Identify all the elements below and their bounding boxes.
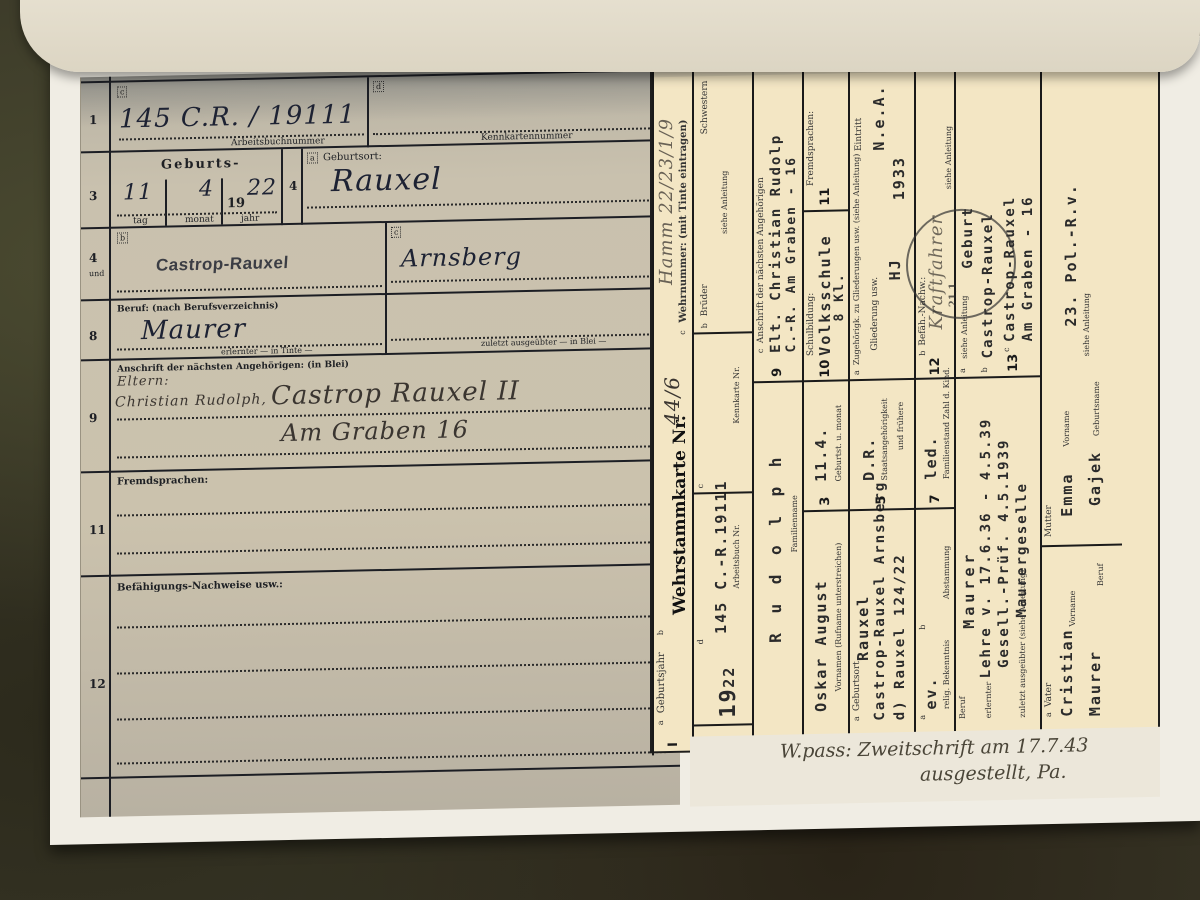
wohnsitz-b-tag: b: [980, 367, 989, 372]
geburtsort-line3: d) Rauxel 124/22: [892, 553, 908, 720]
band-birthplace: 4 a Geburtsort Rauxel Castrop-Rauxel Arn…: [848, 50, 914, 751]
zugehoerigkeit-label: Zugehörigk. zu Gliederungen usw. (siehe …: [852, 154, 861, 366]
vorname-value: Oskar August: [812, 579, 830, 712]
vater-vorname-label: Vorname: [1068, 591, 1077, 627]
divider: [850, 378, 916, 381]
parent-place: Castrop Rauxel II: [271, 376, 520, 411]
band-occupation: 8 Beruf Maurer erlernter Lehre v. 17.6.3…: [954, 47, 1040, 749]
wehrstammkarte-number: 44/6: [660, 376, 684, 425]
field-tag: a: [307, 152, 318, 163]
befaehigung-label: Befähigungs-Nachweise usw.:: [117, 579, 283, 593]
row-12-qualifications: 12 Befähigungs-Nachweise usw.:: [81, 563, 680, 776]
angehoerige-line2: C.-R. Am Graben - 16: [784, 156, 799, 353]
row-number: 3: [89, 189, 97, 203]
band-birthyear: 1 19 22 d 145 C.-R.19111 Arbeitsbuch Nr.…: [692, 53, 752, 754]
geburtsjahr-prefix: 19: [716, 687, 741, 718]
row-number: 9: [770, 368, 785, 377]
wohnsitz-tag: a: [958, 368, 967, 373]
geburtstag-label: Geburtst. u. monat: [834, 405, 843, 482]
kinder-label: Zahl d. Kind.: [942, 367, 951, 419]
tag-label: tag: [133, 216, 148, 226]
divider: [754, 380, 804, 383]
eltern-text: Eltern:: [117, 373, 170, 389]
wehrnummer-label: Wehrnummer: (mit Tinte eintragen): [678, 119, 689, 322]
wohnsitz-street: Am Graben - 16: [1020, 195, 1036, 341]
geburtsjahr-tag: a: [656, 720, 665, 725]
vater-label: Vater: [1044, 683, 1054, 708]
dotted-line: [307, 199, 673, 209]
dotted-line: [117, 615, 673, 629]
mutter-label: Mutter: [1044, 505, 1054, 537]
mutter-geburtsname: Gajek: [1086, 451, 1104, 507]
field-tag: b: [117, 232, 128, 243]
note-line-2: ausgestellt, Pa.: [920, 761, 1067, 786]
vorname-label: Vornamen (Rufname unterstreichen): [834, 543, 843, 692]
religion-label: relig. Bekenntnis: [942, 640, 951, 710]
handwritten-note-area: W.pass: Zweitschrift am 17.7.43 ausgeste…: [690, 727, 1160, 807]
mutter-geburtsname-label: Geburtsname: [1092, 381, 1101, 436]
band-parents: 9 a Vater Cristian Vorname Maurer Beruf …: [1040, 45, 1140, 747]
row-4-district: 4 und b Castrop-Rauxel c Arnsberg: [81, 215, 680, 300]
staatsang-sub: und frühere: [896, 402, 905, 451]
mutter-vorname-label: Vorname: [1062, 411, 1071, 447]
birth-month: 4: [199, 177, 214, 202]
geburtsort-label: Geburtsort:: [323, 151, 382, 163]
row-number: 9: [89, 411, 97, 425]
dotted-line: [117, 751, 673, 765]
geschwister-tag: b: [700, 323, 709, 328]
siehe-anleitung: siehe Anleitung: [944, 126, 953, 189]
divider: [221, 178, 223, 224]
eintritt-extra: N.e.A.: [870, 84, 888, 151]
siehe-anleitung: siehe Anleitung: [720, 171, 729, 234]
divider: [367, 77, 369, 147]
gliederung-label: Gliederung usw.: [870, 277, 880, 351]
stamp-date: 21.1: [948, 283, 959, 308]
row-number: 12: [89, 677, 106, 691]
familienstand-value: led.: [922, 435, 940, 480]
arbeitsbuch-number-value: 145 C.R. / 19111: [119, 100, 356, 135]
familienname-value: R u d o l p h: [766, 452, 785, 643]
row-number: 10: [818, 360, 833, 378]
religion-value: ev.: [922, 676, 940, 709]
mutter-value: Emma: [1058, 472, 1076, 517]
document-book: 1 c 145 C.R. / 19111 Arbeitsbuchnummer d…: [50, 36, 1200, 845]
vater-beruf-label: Beruf: [1096, 563, 1105, 586]
field-tag: c: [117, 86, 127, 97]
zuletzt-label: zuletzt ausgeübter — in Blei —: [481, 336, 606, 348]
land-value: Arnsberg: [401, 242, 522, 273]
rotated-content: I a Geburtsjahr b Wehrstammkarte Nr. 44/…: [652, 45, 1162, 756]
gesell-value: Gesell.-Prüf. 4.5.1939: [996, 438, 1012, 668]
eintritt-value: 1933: [890, 156, 908, 201]
siehe-anleitung: siehe Anleitung: [1082, 293, 1091, 356]
zugehoerigkeit-tag: a: [852, 370, 861, 375]
fremdsprachen-label: Fremdsprachen:: [806, 111, 816, 186]
kennkarte-tag: c: [696, 484, 705, 489]
monat-label: monat: [185, 215, 214, 226]
dotted-line: [117, 707, 673, 721]
official-stamp: 21.1: [906, 208, 1016, 320]
divider: [165, 180, 167, 226]
befaehigung-tag: b: [918, 351, 927, 356]
geburtsort-tag: a: [852, 716, 861, 721]
arbeitsbuch-tag: d: [696, 639, 705, 644]
arbeitsbuch-form: 1 c 145 C.R. / 19111 Arbeitsbuchnummer d…: [80, 65, 680, 818]
fremdsprachen-label: Fremdsprachen:: [117, 475, 208, 488]
birth-year-suffix: 22: [247, 175, 277, 201]
turned-page-curl: [20, 0, 1200, 72]
geburtsjahr-label: Geburtsjahr: [656, 652, 667, 713]
angehoerige-label: Anschrift der nächsten Angehörigen: (in …: [117, 360, 349, 375]
geburtstag-value: 11.4.: [812, 427, 830, 483]
dotted-line: [117, 285, 382, 293]
row-number: 1: [89, 113, 97, 127]
divider: [956, 375, 1042, 379]
divider: [804, 379, 850, 382]
wohnsitz-c-tag: c: [1002, 347, 1011, 352]
row-1: 1 c 145 C.R. / 19111 Arbeitsbuchnummer d…: [81, 69, 680, 152]
band-firstname: 2 Oskar August Vornamen (Rufname unterst…: [802, 51, 848, 752]
brueder-label: Brüder: [700, 284, 710, 316]
dotted-line: [391, 275, 673, 283]
divider: [804, 509, 850, 512]
band-surname: 1 R u d o l p h Familienname 9 c Anschri…: [752, 52, 802, 753]
schulbildung-line2: 8 Kl.: [832, 272, 847, 321]
row-number: 11: [818, 188, 833, 206]
row-11-languages: 11 Fremdsprachen:: [81, 459, 680, 576]
eintritt-label: Eintritt: [854, 118, 864, 151]
parent-name: Christian Rudolph,: [115, 391, 267, 410]
gliederung-value: HJ: [886, 258, 904, 280]
row-number: 12: [928, 357, 943, 375]
wehrstammkarte-title: Wehrstammkarte Nr.: [670, 415, 690, 615]
abstammung-label: Abstammung: [942, 546, 951, 600]
band-wehrnummer: I a Geburtsjahr b Wehrstammkarte Nr. 44/…: [652, 55, 692, 756]
geburtsjahr-value: 22: [720, 666, 738, 688]
divider: [694, 331, 754, 334]
wehrnummer-value: Hamm 22/23/1/9: [656, 118, 677, 286]
abstammung-tag: b: [918, 625, 927, 630]
familienname-label: Familienname: [790, 495, 799, 552]
row-number: 3: [818, 497, 833, 506]
arbeitsbuch-value: 145 C.-R.19111: [712, 479, 730, 634]
note-line-1: W.pass: Zweitschrift am 17.7.43: [780, 734, 1089, 762]
jahr-label: jahr: [241, 214, 259, 224]
row-number: 7: [928, 494, 943, 503]
divider: [1042, 544, 1122, 548]
divider: [804, 209, 850, 212]
divider: [385, 223, 387, 295]
dotted-line: [117, 503, 673, 517]
divider: [916, 507, 956, 510]
row-number: 11: [89, 523, 106, 537]
angehoerige-tag: c: [756, 349, 765, 354]
geburtsort-value: Rauxel: [854, 595, 872, 662]
field-tag: c: [391, 227, 401, 238]
row-number: 8: [89, 329, 97, 343]
geburts-label: Geburts-: [161, 156, 240, 173]
schwestern-label: Schwestern: [700, 80, 710, 134]
dotted-line: [117, 661, 673, 675]
familienstand-label: Familienstand: [942, 422, 951, 479]
wehrnummer-tag: c: [678, 330, 687, 335]
zuletzt-value: Maurergeselle: [1014, 482, 1030, 618]
beruf-label: Beruf: [958, 696, 967, 719]
beruf-label: Beruf: (nach Berufsverzeichnis): [117, 301, 279, 314]
angehoerige-label: Anschrift der nächsten Angehörigen: [756, 177, 766, 343]
divider: [301, 149, 303, 225]
kreis-stamp: Castrop-Rauxel: [155, 253, 289, 276]
erlernter-label: erlernter: [984, 682, 993, 719]
col-b-tag: b: [656, 630, 665, 635]
angehoerige-value: Elt. Christian Rudolp: [768, 134, 784, 353]
row-3-birth: 3 Geburts- 11 4 19 22 tag monat jahr 4 a…: [81, 139, 680, 228]
row-number: 4: [89, 251, 97, 265]
staatsang-value: D.R.: [860, 437, 878, 482]
row-number: 13: [1006, 354, 1021, 372]
divider: [694, 723, 754, 726]
arbeitsbuch-label: Arbeitsbuch Nr.: [732, 524, 741, 588]
divider: [281, 149, 283, 225]
geburtsort-line2: Castrop-Rauxel Arnsberg: [872, 481, 888, 721]
header-marker: I: [666, 742, 681, 747]
geburtsort-label: Geburtsort: [852, 661, 862, 711]
field-tag: d: [373, 81, 384, 92]
vater-value: Cristian: [1058, 628, 1076, 717]
vater-beruf-value: Maurer: [1086, 650, 1104, 717]
parent-street: Am Graben 16: [281, 415, 469, 447]
vater-tag: a: [1044, 712, 1053, 717]
staatsang-label: Staatsangehörigkeit: [880, 398, 889, 480]
dotted-line: [117, 445, 673, 459]
dotted-line: [117, 541, 673, 555]
beruf-value: Maurer: [960, 550, 978, 629]
wohnsitz-polizei: 23. Pol.-R.v.: [1062, 183, 1080, 327]
row-9-next-of-kin: 9 Anschrift der nächsten Angehörigen: (i…: [81, 347, 680, 472]
religion-tag: a: [918, 715, 927, 720]
row-sub: und: [89, 269, 104, 278]
birth-day: 11: [123, 180, 153, 206]
band-religion: 6 a ev. relig. Bekenntnis b Abstammung 7…: [914, 49, 954, 750]
geburtsort-value: Rauxel: [331, 162, 442, 199]
birth-year-prefix: 19: [227, 196, 245, 211]
col-number: 4: [289, 179, 297, 193]
lehre-value: Lehre v. 17.6.36 - 4.5.39: [978, 418, 994, 679]
schulbildung-label: Schulbildung:: [806, 293, 816, 357]
kennkarte-label: Kennkarte Nr.: [732, 366, 741, 423]
row-number: 5: [874, 495, 889, 504]
wehrstammkarte-card: I a Geburtsjahr b Wehrstammkarte Nr. 44/…: [650, 43, 1160, 754]
beruf-value: Maurer: [141, 314, 246, 346]
divider: [385, 295, 387, 355]
